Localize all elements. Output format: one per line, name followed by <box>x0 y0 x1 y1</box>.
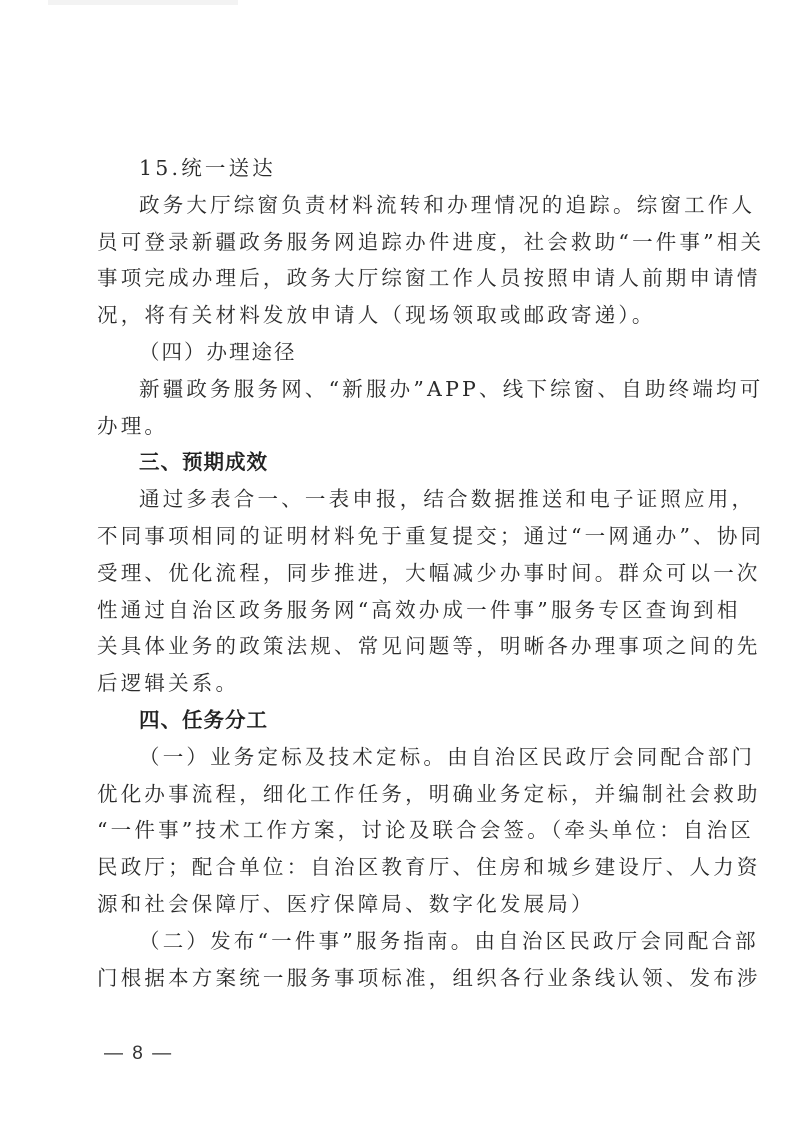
paragraph-line: 政务大厅综窗负责材料流转和办理情况的追踪。综窗工作人 <box>97 187 697 224</box>
paragraph-line: 不同事项相同的证明材料免于重复提交；通过“一网通办”、协同 <box>97 518 697 555</box>
paragraph-line: 门根据本方案统一服务事项标准，组织各行业条线认领、发布涉 <box>97 960 697 997</box>
paragraph-line: （二）发布“一件事”服务指南。由自治区民政厅会同配合部 <box>97 923 697 960</box>
paragraph-line: 新疆政务服务网、“新服办”APP、线下综窗、自助终端均可 <box>97 371 697 408</box>
paragraph-line: 性通过自治区政务服务网“高效办成一件事”服务专区查询到相 <box>97 592 697 629</box>
paragraph-line: 员可登录新疆政务服务网追踪办件进度，社会救助“一件事”相关 <box>97 224 697 261</box>
paragraph-line: 通过多表合一、一表申报，结合数据推送和电子证照应用， <box>97 481 697 518</box>
paragraph-line: 民政厅；配合单位：自治区教育厅、住房和城乡建设厅、人力资 <box>97 849 697 886</box>
paragraph-line: 受理、优化流程，同步推进，大幅减少办事时间。群众可以一次 <box>97 555 697 592</box>
page-number: — 8 — <box>104 1043 173 1065</box>
heading-task-division: 四、任务分工 <box>97 702 697 739</box>
paragraph-line: 源和社会保障厅、医疗保障局、数字化发展局） <box>97 886 697 923</box>
paragraph-line: 后逻辑关系。 <box>97 665 697 702</box>
paragraph-line: 优化办事流程，细化工作任务，明确业务定标，并编制社会救助 <box>97 776 697 813</box>
paragraph-line: （一）业务定标及技术定标。由自治区民政厅会同配合部门 <box>97 739 697 776</box>
document-body: 15.统一送达 政务大厅综窗负责材料流转和办理情况的追踪。综窗工作人 员可登录新… <box>97 150 697 996</box>
paragraph-line: 事项完成办理后，政务大厅综窗工作人员按照申请人前期申请情 <box>97 260 697 297</box>
paragraph-line: 况，将有关材料发放申请人（现场领取或邮政寄递）。 <box>97 297 697 334</box>
item-title-unified-delivery: 15.统一送达 <box>97 150 697 187</box>
heading-expected-results: 三、预期成效 <box>97 444 697 481</box>
paragraph-line: 关具体业务的政策法规、常见问题等，明晰各办理事项之间的先 <box>97 628 697 665</box>
subheading-handling-channels: （四）办理途径 <box>97 334 697 371</box>
paragraph-line: “一件事”技术工作方案，讨论及联合会签。（牵头单位：自治区 <box>97 812 697 849</box>
paragraph-line: 办理。 <box>97 408 697 445</box>
scan-edge-shade <box>48 0 238 5</box>
